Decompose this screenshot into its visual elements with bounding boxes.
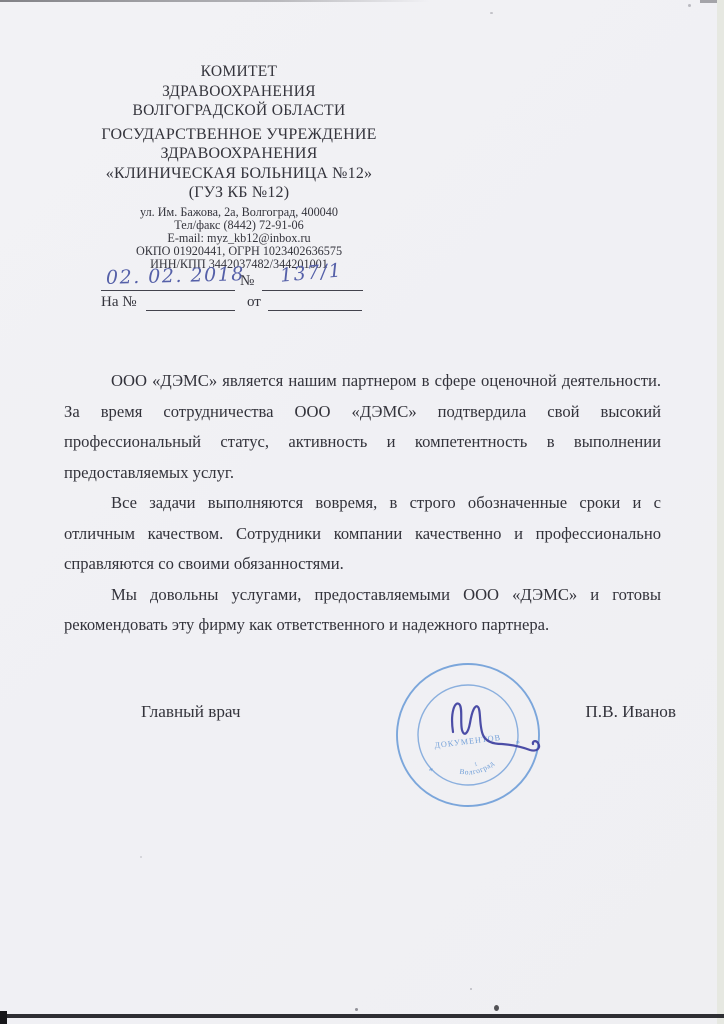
scan-speck [140,856,142,858]
letterhead-line: ГОСУДАРСТВЕННОЕ УЧРЕЖДЕНИЕ [57,125,421,145]
contact-phone: Тел/факс (8442) 72-91-06 [57,219,421,232]
letterhead-line: (ГУЗ КБ №12) [57,183,421,203]
scan-bottom-left-corner [0,1011,7,1024]
letterhead-line: «КЛИНИЧЕСКАЯ БОЛЬНИЦА №12» [57,164,421,184]
letterhead-line: КОМИТЕТ [57,62,421,82]
handwritten-signature [442,696,552,760]
body-paragraph: Мы довольны услугами, предоставляемыми О… [64,580,661,641]
handwritten-date: 02. 02. 2018 [106,263,245,289]
letterhead-institution: ГОСУДАРСТВЕННОЕ УЧРЕЖДЕНИЕ ЗДРАВООХРАНЕН… [57,125,421,203]
scan-top-edge [0,0,430,2]
scan-bottom-edge [0,1014,724,1018]
scan-speck [688,4,691,7]
body-paragraph: Все задачи выполняются вовремя, в строго… [64,488,661,580]
letterhead-contacts: ул. Им. Бажова, 2а, Волгоград, 400040 Те… [57,206,421,272]
scan-speck [470,988,472,990]
reply-from-label: от [247,294,261,311]
number-underline [262,290,363,291]
date-underline [101,290,235,291]
reply-to-label: На № [101,294,137,311]
letterhead-line: ВОЛГОГРАДСКОЙ ОБЛАСТИ [57,101,421,121]
scan-speck [355,1008,358,1011]
contact-address: ул. Им. Бажова, 2а, Волгоград, 400040 [57,206,421,219]
signer-title: Главный врач [141,702,241,722]
body-paragraph: ООО «ДЭМС» является нашим партнером в сф… [64,366,661,488]
signer-name: П.В. Иванов [585,702,676,722]
reply-date-underline [268,310,362,311]
number-sign: № [240,273,254,290]
letter-body: ООО «ДЭМС» является нашим партнером в сф… [64,366,661,641]
scanned-letter-page: КОМИТЕТ ЗДРАВООХРАНЕНИЯ ВОЛГОГРАДСКОЙ ОБ… [0,0,724,1024]
letterhead-line: ЗДРАВООХРАНЕНИЯ [57,82,421,102]
scan-speck [490,12,493,14]
letterhead: КОМИТЕТ ЗДРАВООХРАНЕНИЯ ВОЛГОГРАДСКОЙ ОБ… [57,62,421,272]
letterhead-committee: КОМИТЕТ ЗДРАВООХРАНЕНИЯ ВОЛГОГРАДСКОЙ ОБ… [57,62,421,121]
signature-stroke [452,704,539,751]
scan-right-edge [717,0,724,1024]
letterhead-line: ЗДРАВООХРАНЕНИЯ [57,144,421,164]
reply-number-underline [146,310,235,311]
stamp-city-text: Волгоград [457,758,497,780]
stamp-left-star: * [428,765,435,776]
scan-speck [494,1005,499,1011]
handwritten-number: 137/1 [279,259,343,286]
